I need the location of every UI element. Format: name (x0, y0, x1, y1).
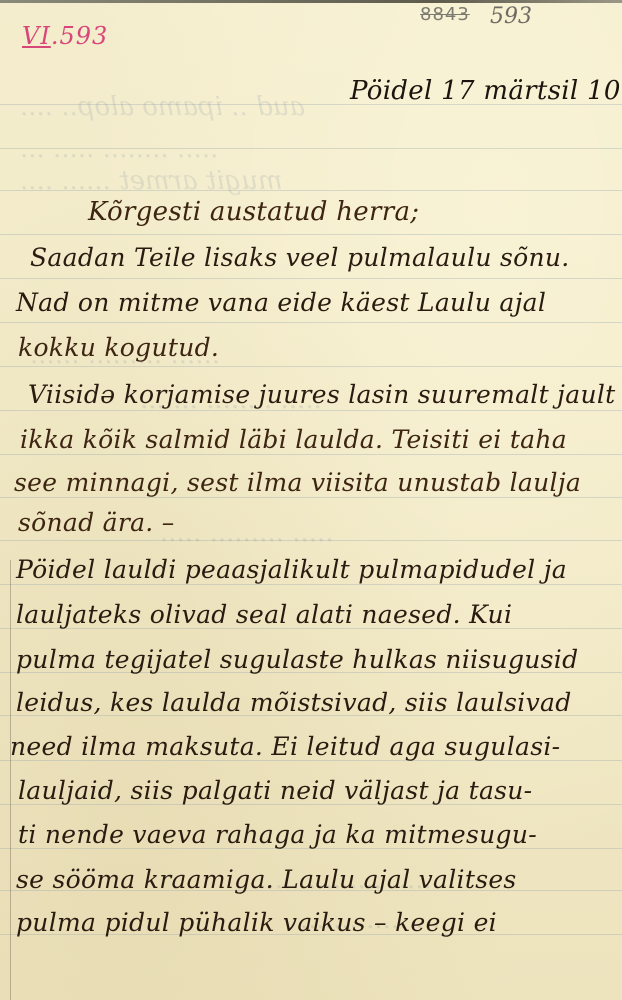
archive-arabic-number: 593 (59, 22, 108, 50)
ruled-line (0, 584, 622, 585)
ruled-line (0, 322, 622, 323)
salutation: Kõrgesti austatud herra; (88, 197, 419, 227)
letter-line: Nad on mitme vana eide käest Laulu ajal (16, 288, 546, 317)
scan-top-edge (0, 0, 622, 3)
letter-line: pulma tegijatel sugulaste hulkas niisugu… (16, 645, 578, 674)
letter-page: aud .. ipamo alop.. .... ..... ........ … (0, 0, 622, 1000)
letter-line: leidus, kes laulda mõistsivad, siis laul… (16, 688, 572, 717)
archive-number-pencil: 593 (490, 4, 532, 29)
letter-line: sõnad ära. – (18, 508, 175, 537)
archive-number-red: VI.593 (22, 22, 108, 50)
letter-line: ti nende vaeva rahaga ja ka mitmesugu- (18, 820, 537, 849)
letter-line: Pöidel lauldi peaasjalikult pulmapidudel… (16, 555, 567, 584)
archive-number-struck: 8843 (420, 4, 470, 25)
letter-line: need ilma maksuta. Ei leitud aga sugulas… (10, 732, 560, 761)
letter-line: lauljaid, siis palgati neid väljast ja t… (18, 776, 532, 805)
letter-line: pulma pidul pühalik vaikus – keegi ei (16, 908, 497, 937)
left-margin-line (10, 560, 11, 1000)
bleed-through-text: ..... ........ ..... ... (20, 134, 218, 164)
bleed-through-text: ..... ......... ..... (160, 518, 334, 548)
letter-line: lauljateks olivad seal alati naesed. Kui (16, 600, 512, 629)
bleed-through-text: aud .. ipamo alop.. .... (20, 92, 305, 122)
letter-line: Viisidə korjamise juures lasin suuremalt… (28, 380, 615, 409)
letter-line: kokku kogutud. (18, 333, 219, 362)
ruled-line (0, 234, 622, 235)
dateline: Pöidel 17 märtsil 10 (350, 76, 621, 106)
ruled-line (0, 497, 622, 498)
bleed-through-text: mugit armet ...... .... (20, 166, 283, 196)
letter-line: see minnagi, sest ilma viisita unustab l… (14, 468, 581, 497)
letter-line: se sööma kraamiga. Laulu ajal valitses (16, 865, 517, 894)
letter-line: Saadan Teile lisaks veel pulmalaulu sõnu… (30, 243, 570, 272)
ruled-line (0, 454, 622, 455)
letter-line: ikka kõik salmid läbi laulda. Teisiti ei… (20, 425, 567, 454)
archive-roman-numeral: VI (22, 22, 51, 50)
ruled-line (0, 278, 622, 279)
